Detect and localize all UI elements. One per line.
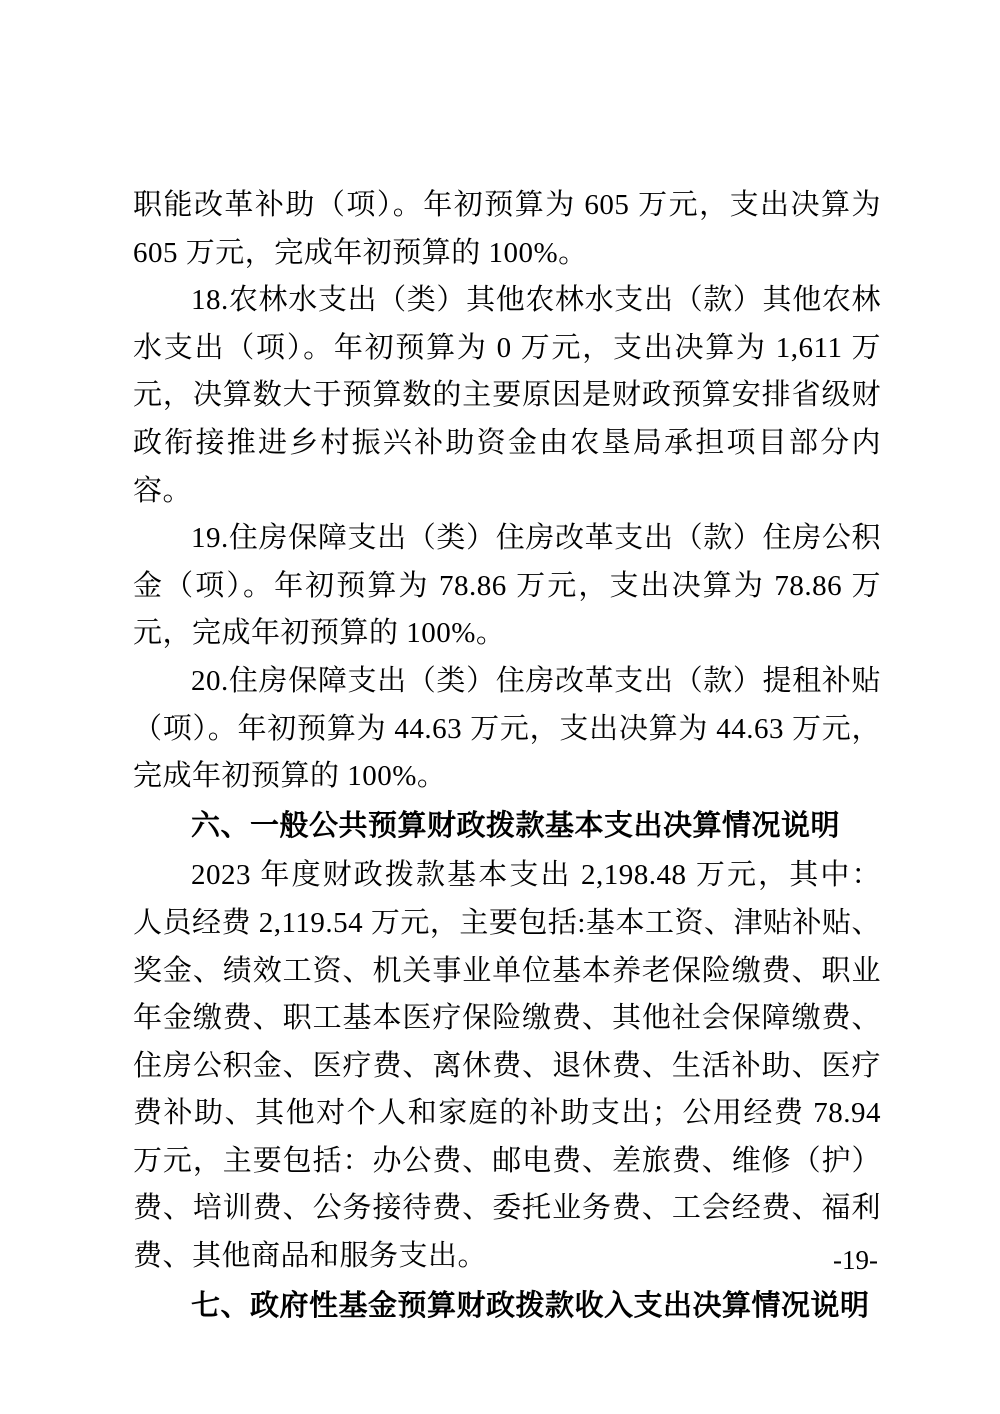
paragraph-item-18: 18.农林水支出（类）其他农林水支出（款）其他农林水支出（项）。年初预算为 0 … <box>133 277 881 515</box>
section-heading-seven: 七、政府性基金预算财政拨款收入支出决算情况说明 <box>133 1283 881 1331</box>
paragraph-continuation-item-17: 职能改革补助（项）。年初预算为 605 万元，支出决算为 605 万元，完成年初… <box>133 182 881 277</box>
document-page: 职能改革补助（项）。年初预算为 605 万元，支出决算为 605 万元，完成年初… <box>0 0 1000 1414</box>
document-content: 职能改革补助（项）。年初预算为 605 万元，支出决算为 605 万元，完成年初… <box>133 182 881 1332</box>
page-number: -19- <box>833 1245 878 1276</box>
section-heading-six: 六、一般公共预算财政拨款基本支出决算情况说明 <box>133 803 881 851</box>
paragraph-item-19: 19.住房保障支出（类）住房改革支出（款）住房公积金（项）。年初预算为 78.8… <box>133 515 881 658</box>
paragraph-basic-expenditure-detail: 2023 年度财政拨款基本支出 2,198.48 万元，其中：人员经费 2,11… <box>133 852 881 1280</box>
paragraph-item-20: 20.住房保障支出（类）住房改革支出（款）提租补贴（项）。年初预算为 44.63… <box>133 658 881 801</box>
